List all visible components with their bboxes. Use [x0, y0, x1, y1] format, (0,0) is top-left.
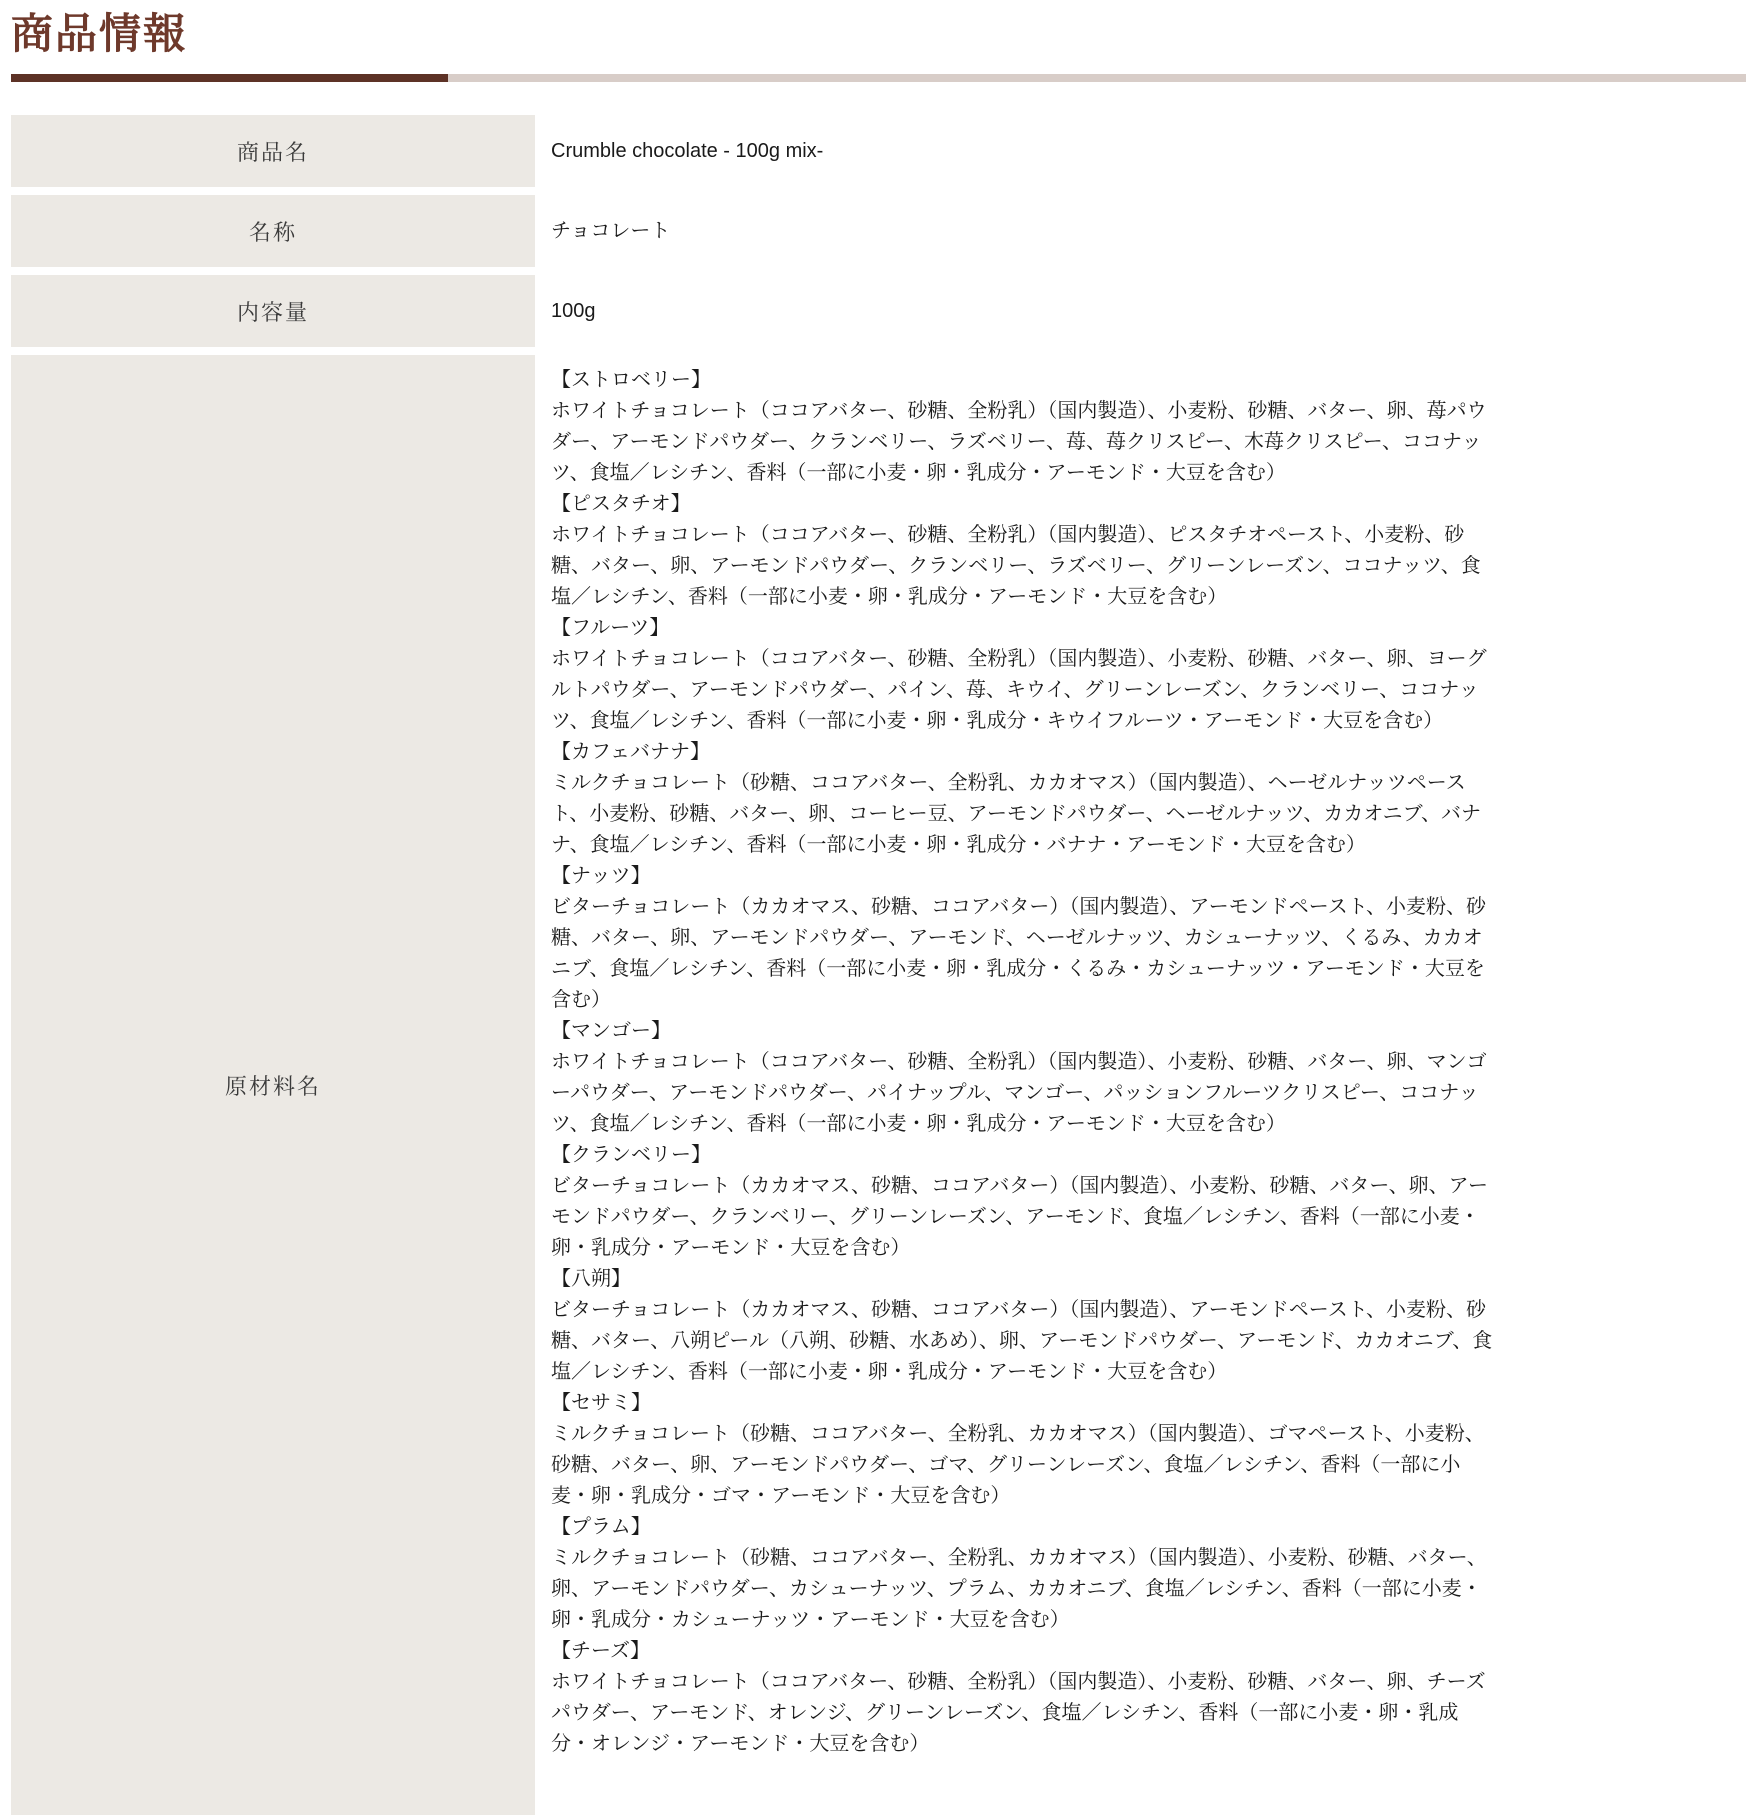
table-row: 原材料名【ストロベリー】ホワイトチョコレート（ココアバター、砂糖、全粉乳）（国内…	[11, 355, 1746, 1815]
flavor-ingredients: ビターチョコレート（カカオマス、砂糖、ココアバター）（国内製造）、アーモンドペー…	[551, 892, 1496, 1016]
table-row: 内容量100g	[11, 275, 1746, 347]
flavor-header: 【ストロベリー】	[551, 365, 1496, 396]
product-info-table: 商品名Crumble chocolate - 100g mix-名称チョコレート…	[11, 115, 1746, 1815]
flavor-header: 【フルーツ】	[551, 613, 1496, 644]
page-title: 商品情報	[11, 10, 1746, 60]
flavor-ingredients: ビターチョコレート（カカオマス、砂糖、ココアバター）（国内製造）、アーモンドペー…	[551, 1295, 1496, 1388]
row-label: 名称	[11, 195, 535, 267]
flavor-header: 【プラム】	[551, 1512, 1496, 1543]
flavor-ingredients: ホワイトチョコレート（ココアバター、砂糖、全粉乳）（国内製造）、小麦粉、砂糖、バ…	[551, 644, 1496, 737]
section-divider	[11, 74, 1746, 82]
flavor-header: 【クランベリー】	[551, 1140, 1496, 1171]
table-row: 名称チョコレート	[11, 195, 1746, 267]
flavor-header: 【八朔】	[551, 1264, 1496, 1295]
flavor-header: 【チーズ】	[551, 1636, 1496, 1667]
row-label: 内容量	[11, 275, 535, 347]
divider-accent-bar	[11, 74, 448, 82]
flavor-ingredients: ミルクチョコレート（砂糖、ココアバター、全粉乳、カカオマス）（国内製造）、ゴマペ…	[551, 1419, 1496, 1512]
flavor-ingredients: ホワイトチョコレート（ココアバター、砂糖、全粉乳）（国内製造）、ピスタチオペース…	[551, 520, 1496, 613]
flavor-ingredients: ホワイトチョコレート（ココアバター、砂糖、全粉乳）（国内製造）、小麦粉、砂糖、バ…	[551, 1667, 1496, 1760]
flavor-header: 【ナッツ】	[551, 861, 1496, 892]
flavor-header: 【マンゴー】	[551, 1016, 1496, 1047]
row-value: 【ストロベリー】ホワイトチョコレート（ココアバター、砂糖、全粉乳）（国内製造）、…	[535, 355, 1496, 1815]
table-row: 商品名Crumble chocolate - 100g mix-	[11, 115, 1746, 187]
row-label: 原材料名	[11, 355, 535, 1815]
row-label: 商品名	[11, 115, 535, 187]
flavor-ingredients: ビターチョコレート（カカオマス、砂糖、ココアバター）（国内製造）、小麦粉、砂糖、…	[551, 1171, 1496, 1264]
flavor-ingredients: ホワイトチョコレート（ココアバター、砂糖、全粉乳）（国内製造）、小麦粉、砂糖、バ…	[551, 1047, 1496, 1140]
flavor-header: 【セサミ】	[551, 1388, 1496, 1419]
row-value: チョコレート	[535, 195, 1496, 267]
row-value: 100g	[535, 275, 1496, 347]
flavor-header: 【カフェバナナ】	[551, 737, 1496, 768]
flavor-header: 【ピスタチオ】	[551, 489, 1496, 520]
row-value: Crumble chocolate - 100g mix-	[535, 115, 1496, 187]
flavor-ingredients: ホワイトチョコレート（ココアバター、砂糖、全粉乳）（国内製造）、小麦粉、砂糖、バ…	[551, 396, 1496, 489]
flavor-ingredients: ミルクチョコレート（砂糖、ココアバター、全粉乳、カカオマス）（国内製造）、小麦粉…	[551, 1543, 1496, 1636]
product-info-page: 商品情報 商品名Crumble chocolate - 100g mix-名称チ…	[0, 0, 1750, 1815]
flavor-ingredients: ミルクチョコレート（砂糖、ココアバター、全粉乳、カカオマス）（国内製造）、ヘーゼ…	[551, 768, 1496, 861]
